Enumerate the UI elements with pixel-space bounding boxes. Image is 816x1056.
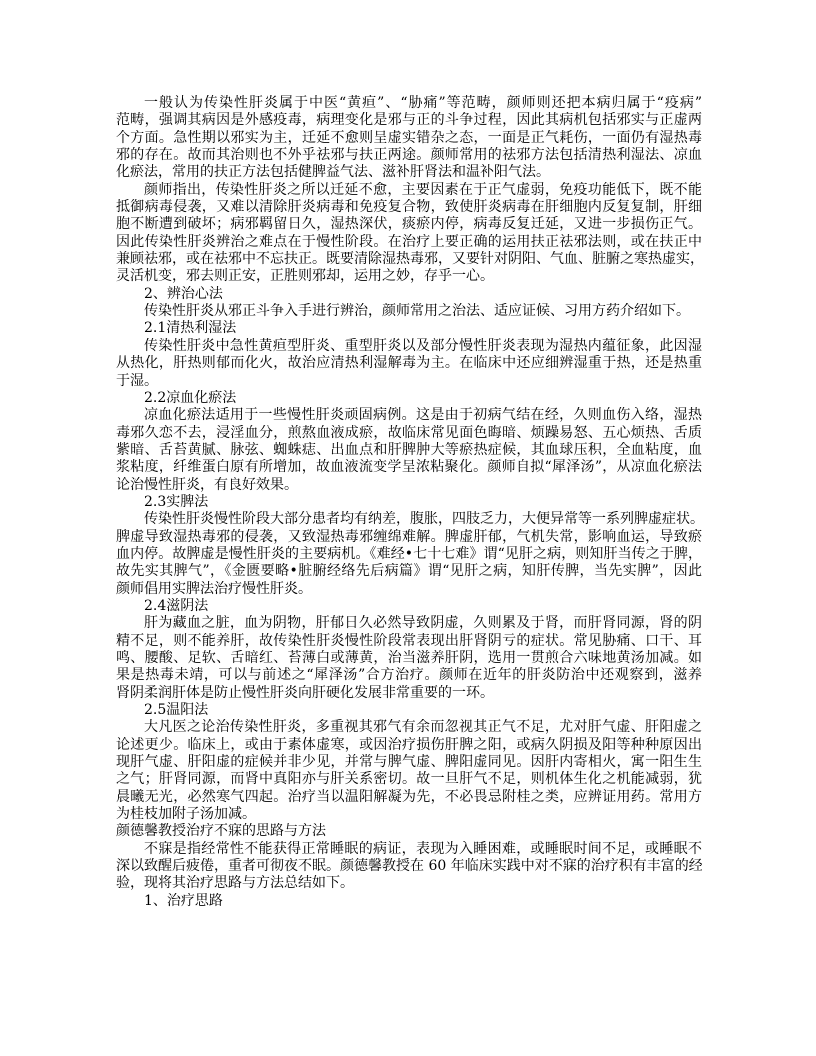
paragraph: 颜师指出，传染性肝炎之所以迁延不愈，主要因素在于正气虚弱，免疫功能低下，既不能抵… [116, 182, 702, 286]
text-line: 传染性肝炎从邪正斗争入手进行辨治，颜师常用之治法、适应证候、习用方药介绍如下。 [116, 303, 702, 320]
paragraph: 不寐是指经常性不能获得正常睡眠的病证，表现为入睡困难，或睡眠时间不足，或睡眠不深… [116, 841, 702, 893]
paragraph: 大凡医之论治传染性肝炎，多重视其邪气有余而忽视其正气不足，尤对肝气虚、肝阳虚之论… [116, 719, 702, 823]
text-line: 范畴，强调其病因是外感疫毒，病理变化是邪与正的斗争过程，因此其病机包括邪实与正虚… [116, 112, 702, 129]
text-line: 毒邪久恋不去，浸淫血分，煎熬血液成瘀，故临床常见面色晦暗、烦躁易怒、五心烦热、舌… [116, 425, 702, 442]
text-line: 论述更少。临床上，或由于素体虚寒，或因治疗损伤肝脾之阳，或病久阴损及阳等种种原因… [116, 737, 702, 754]
text-line: 传染性肝炎中急性黄疸型肝炎、重型肝炎以及部分慢性肝炎表现为湿热内蕴征象，此因湿 [116, 338, 702, 355]
text-line: 个方面。急性期以邪实为主，迁延不愈则呈虚实错杂之态，一面是正气耗伤，一面仍有湿热… [116, 130, 702, 147]
text-line: 验，现将其治疗思路与方法总结如下。 [116, 875, 702, 892]
section-title: 颜德馨教授治疗不寐的思路与方法 [116, 823, 702, 840]
text-line: 故先实其脾气”，《金匮要略•脏腑经络先后病篇》谓“见肝之病，知肝传脾，当先实脾”… [116, 563, 702, 580]
text-line: 于湿。 [116, 373, 702, 390]
text-line: 灵活机变，邪去则正安，正胜则邪却，运用之妙，存乎一心。 [116, 268, 702, 285]
paragraph: 肝为藏血之脏，血为阴物，肝郁日久必然导致阴虚，久则累及于肾，而肝肾同源，肾的阴精… [116, 615, 702, 702]
paragraph: 一般认为传染性肝炎属于中医“黄疸”、“胁痛”等范畴，颜师则还把本病归属于“疫病”… [116, 95, 702, 182]
text-line: 化瘀法，常用的扶正方法包括健脾益气法、滋补肝肾法和温补阳气法。 [116, 164, 702, 181]
text-line: 颜德馨教授治疗不寐的思路与方法 [116, 823, 702, 840]
text-line: 因此传染性肝炎辨治之难点在于慢性阶段。在治疗上要正确的运用扶正祛邪法则，或在扶正… [116, 234, 702, 251]
paragraph: 凉血化瘀法适用于一些慢性肝炎顽固病例。这是由于初病气结在经，久则血伤入络，湿热毒… [116, 407, 702, 494]
section-heading: 2.2凉血化瘀法 [116, 390, 702, 407]
text-line: 晨曦无光，必然寒气四起。治疗当以温阳解凝为先，不必畏忌附桂之类，应辨证用药。常用… [116, 789, 702, 806]
text-line: 现肝气虚、肝阳虚的症候并非少见，并常与脾气虚、脾阳虚同见。因肝内寄相火，寓一阳生… [116, 754, 702, 771]
paragraph: 传染性肝炎慢性阶段大部分患者均有纳差，腹胀，四肢乏力，大便异常等一系列脾虚症状。… [116, 511, 702, 598]
text-line: 紫暗、舌苔黄腻、脉弦、蜘蛛痣、出血点和肝脾肿大等瘀热症候，其血球压积，全血粘度，… [116, 442, 702, 459]
section-heading: 2.5温阳法 [116, 702, 702, 719]
paragraph: 传染性肝炎从邪正斗争入手进行辨治，颜师常用之治法、适应证候、习用方药介绍如下。 [116, 303, 702, 320]
text-line: 2.5温阳法 [116, 702, 702, 719]
text-line: 传染性肝炎慢性阶段大部分患者均有纳差，腹胀，四肢乏力，大便异常等一系列脾虚症状。 [116, 511, 702, 528]
section-heading: 2、辨治心法 [116, 286, 702, 303]
text-line: 肝为藏血之脏，血为阴物，肝郁日久必然导致阴虚，久则累及于肾，而肝肾同源，肾的阴 [116, 615, 702, 632]
text-line: 深以致醒后疲倦，重者可彻夜不眠。颜德馨教授在 60 年临床实践中对不寐的治疗积有… [116, 858, 702, 875]
text-line: 2.3实脾法 [116, 494, 702, 511]
text-line: 鸣、腰酸、足软、舌暗红、苔薄白或薄黄，治当滋养肝阴，选用一贯煎合六味地黄汤加减。… [116, 650, 702, 667]
text-line: 浆粘度，纤维蛋白原有所增加，故血液流变学呈浓粘聚化。颜师自拟“犀泽汤”，从凉血化… [116, 459, 702, 476]
text-line: 从热化，肝热则郁而化火，故治应清热利湿解毒为主。在临床中还应细辨湿重于热，还是热… [116, 355, 702, 372]
paragraph: 传染性肝炎中急性黄疸型肝炎、重型肝炎以及部分慢性肝炎表现为湿热内蕴征象，此因湿从… [116, 338, 702, 390]
text-line: 脾虚导致湿热毒邪的侵袭，又致湿热毒邪缠绵难解。脾虚肝郁，气机失常，影响血运，导致… [116, 529, 702, 546]
text-line: 大凡医之论治传染性肝炎，多重视其邪气有余而忽视其正气不足，尤对肝气虚、肝阳虚之 [116, 719, 702, 736]
text-line: 抵御病毒侵袭，又难以清除肝炎病毒和免疫复合物，致使肝炎病毒在肝细胞内反复复制，肝… [116, 199, 702, 216]
document-page: 一般认为传染性肝炎属于中医“黄疸”、“胁痛”等范畴，颜师则还把本病归属于“疫病”… [116, 95, 702, 910]
text-line: 颜师倡用实脾法治疗慢性肝炎。 [116, 581, 702, 598]
text-line: 肾阴柔润肝体是防止慢性肝炎向肝硬化发展非常重要的一环。 [116, 685, 702, 702]
section-heading: 2.1清热利湿法 [116, 320, 702, 337]
text-line: 1、治疗思路 [116, 893, 702, 910]
text-line: 胞不断遭到破坏；病邪羁留日久，湿热深伏，痰瘀内停，病毒反复迁延，又进一步损伤正气… [116, 216, 702, 233]
text-line: 2.2凉血化瘀法 [116, 390, 702, 407]
text-line: 2、辨治心法 [116, 286, 702, 303]
section-heading: 1、治疗思路 [116, 893, 702, 910]
text-line: 之气；肝肾同源，而肾中真阳亦与肝关系密切。故一旦肝气不足，则机体生化之机能减弱，… [116, 771, 702, 788]
text-line: 论治慢性肝炎，有良好效果。 [116, 477, 702, 494]
text-line: 一般认为传染性肝炎属于中医“黄疸”、“胁痛”等范畴，颜师则还把本病归属于“疫病” [116, 95, 702, 112]
text-line: 血内停。故脾虚是慢性肝炎的主要病机。《难经•七十七难》谓“见肝之病，则知肝当传之… [116, 546, 702, 563]
section-heading: 2.3实脾法 [116, 494, 702, 511]
text-line: 2.1清热利湿法 [116, 320, 702, 337]
text-line: 果是热毒未靖，可以与前述之“犀泽汤”合方治疗。颜师在近年的肝炎防治中还观察到，滋… [116, 667, 702, 684]
text-line: 精不足，则不能养肝，故传染性肝炎慢性阶段常表现出肝肾阴亏的症状。常见胁痛、口干、… [116, 633, 702, 650]
text-line: 不寐是指经常性不能获得正常睡眠的病证，表现为入睡困难，或睡眠时间不足，或睡眠不 [116, 841, 702, 858]
text-line: 为桂枝加附子汤加减。 [116, 806, 702, 823]
text-line: 兼顾祛邪，或在祛邪中不忘扶正。既要清除湿热毒邪，又要针对阴阳、气血、脏腑之寒热虚… [116, 251, 702, 268]
text-line: 颜师指出，传染性肝炎之所以迁延不愈，主要因素在于正气虚弱，免疫功能低下，既不能 [116, 182, 702, 199]
text-line: 凉血化瘀法适用于一些慢性肝炎顽固病例。这是由于初病气结在经，久则血伤入络，湿热 [116, 407, 702, 424]
text-line: 邪的存在。故而其治则也不外乎祛邪与扶正两途。颜师常用的祛邪方法包括清热利湿法、凉… [116, 147, 702, 164]
text-line: 2.4滋阴法 [116, 598, 702, 615]
section-heading: 2.4滋阴法 [116, 598, 702, 615]
